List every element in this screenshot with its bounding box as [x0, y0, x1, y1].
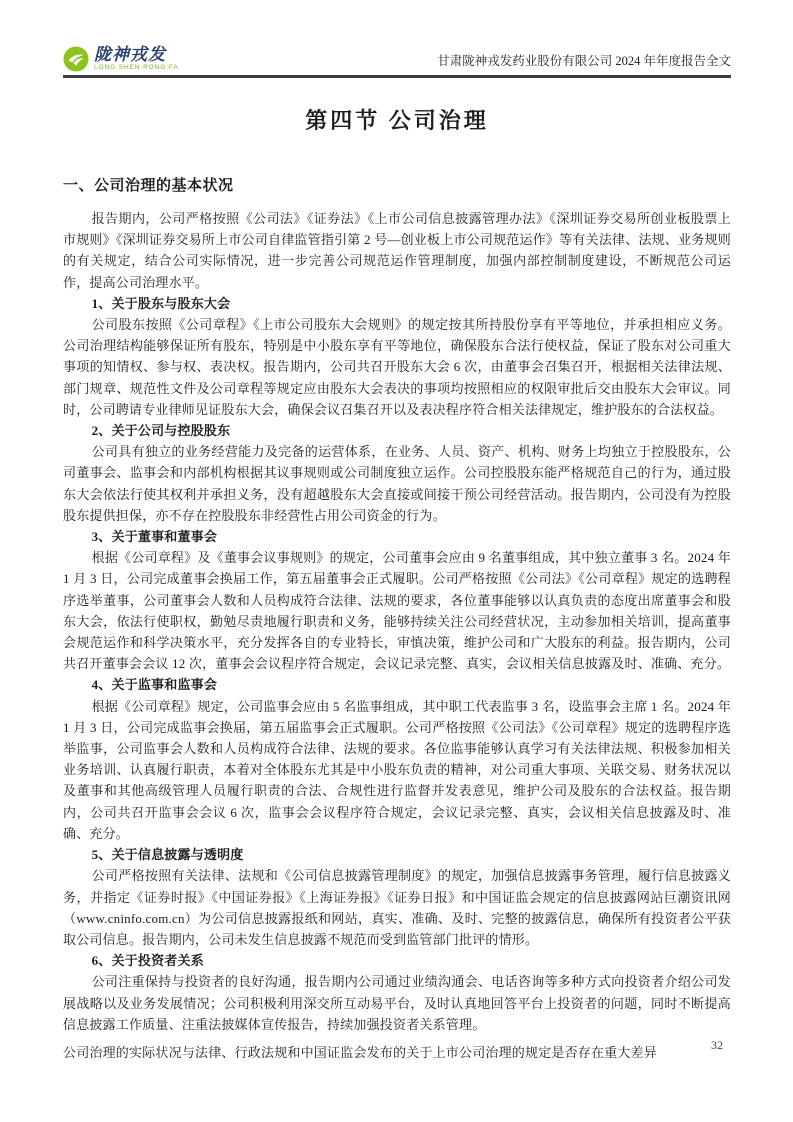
logo-icon [63, 46, 89, 72]
brand-name-cn: 陇神戎发 [94, 46, 179, 63]
subheading-board-of-directors: 3、关于董事和董事会 [63, 526, 731, 547]
brand-name-en: LONG SHEN RONG FA [94, 65, 179, 72]
header-rule [63, 75, 731, 78]
page-header: 陇神戎发 LONG SHEN RONG FA 甘肃陇神戎发药业股份有限公司 20… [63, 46, 731, 72]
report-page: 陇神戎发 LONG SHEN RONG FA 甘肃陇神戎发药业股份有限公司 20… [0, 0, 793, 1122]
closing-question-line: 公司治理的实际状况与法律、行政法规和中国证监会发布的关于上市公司治理的规定是否存… [63, 1042, 731, 1063]
paragraph-shareholders: 公司股东按照《公司章程》《上市公司股东大会规则》的规定按其所持股份享有平等地位，… [63, 314, 731, 420]
paragraph-board-of-directors: 根据《公司章程》及《董事会议事规则》的规定，公司董事会应由 9 名董事组成，其中… [63, 547, 731, 674]
subheading-controlling-shareholder: 2、关于公司与控股股东 [63, 420, 731, 441]
paragraph-intro: 报告期内，公司严格按照《公司法》《证券法》《上市公司信息披露管理办法》《深圳证券… [63, 208, 731, 293]
company-logo: 陇神戎发 LONG SHEN RONG FA [63, 46, 179, 72]
paragraph-investor-relations: 公司注重保持与投资者的良好沟通，报告期内公司通过业绩沟通会、电话咨询等多种方式向… [63, 971, 731, 1035]
subheading-investor-relations: 6、关于投资者关系 [63, 950, 731, 971]
body-text: 报告期内，公司严格按照《公司法》《证券法》《上市公司信息披露管理办法》《深圳证券… [63, 208, 731, 1063]
page-number: 32 [711, 1038, 723, 1053]
logo-text: 陇神戎发 LONG SHEN RONG FA [94, 46, 179, 72]
subheading-information-disclosure: 5、关于信息披露与透明度 [63, 844, 731, 865]
subheading-supervisors: 4、关于监事和监事会 [63, 674, 731, 695]
paragraph-information-disclosure: 公司严格按照有关法律、法规和《公司信息披露管理制度》的规定，加强信息披露事务管理… [63, 865, 731, 950]
paragraph-controlling-shareholder: 公司具有独立的业务经营能力及完备的运营体系，在业务、人员、资产、机构、财务上均独… [63, 441, 731, 526]
paragraph-supervisors: 根据《公司章程》规定，公司监事会应由 5 名监事组成，其中职工代表监事 3 名，… [63, 696, 731, 844]
section-heading: 一、公司治理的基本状况 [63, 176, 731, 196]
document-title: 甘肃陇神戎发药业股份有限公司 2024 年年度报告全文 [437, 51, 731, 72]
subheading-shareholders: 1、关于股东与股东大会 [63, 293, 731, 314]
chapter-title: 第四节 公司治理 [63, 106, 731, 136]
